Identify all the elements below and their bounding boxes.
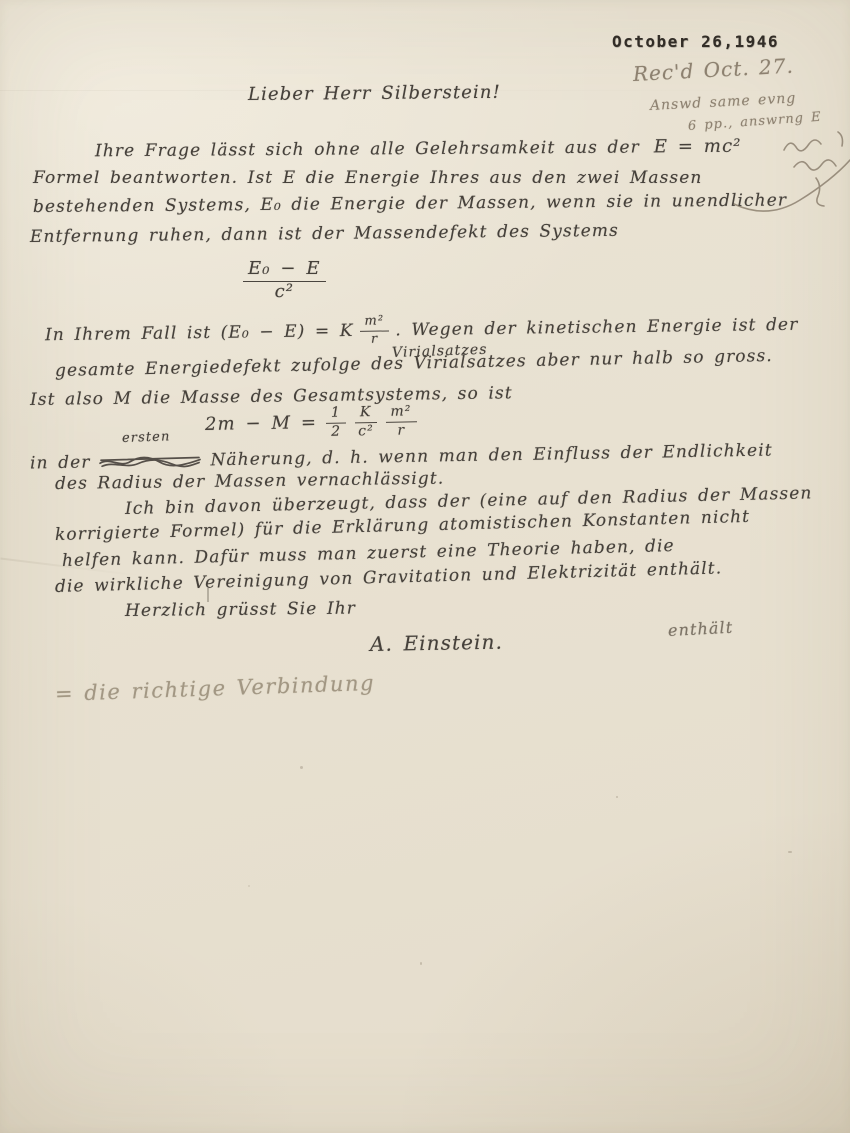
fold-crease <box>0 90 850 91</box>
rewritten-enthaelt: enthält <box>668 618 734 640</box>
paper-speck <box>300 766 303 769</box>
mass-formula-lhs: 2m − M = <box>205 412 317 435</box>
docket-received-note: Rec'd Oct. 27. <box>632 54 794 86</box>
body-line-8-text-b: Näherung, d. h. wenn man den Einfluss de… <box>210 441 773 471</box>
mass-defect-numerator: E₀ − E <box>243 260 326 282</box>
case-fraction: m² r <box>359 314 389 346</box>
mass-formula-frac-half: 1 2 <box>326 406 347 440</box>
pencil-scribble <box>698 112 850 232</box>
mass-defect-fraction: E₀ − E c² <box>243 260 326 302</box>
kc2-denominator: c² <box>358 423 374 439</box>
typed-date: October 26,1946 <box>612 32 779 51</box>
body-line-3: bestehenden Systems, E₀ die Energie der … <box>33 190 787 217</box>
m2r-numerator: m² <box>385 404 416 422</box>
body-line-5-text-b: . Wegen der kinetischen Energie ist der <box>395 314 798 340</box>
mass-formula-frac-kc2: K c² <box>355 405 377 439</box>
kc2-numerator: K <box>355 405 377 423</box>
case-fraction-denominator: r <box>371 331 379 346</box>
paper-speck <box>420 962 422 965</box>
insert-ersten: ersten <box>122 429 171 446</box>
struck-word-scribble <box>98 452 202 470</box>
body-line-1-text: Ihre Frage lässt sich ohne alle Gelehrsa… <box>95 137 640 161</box>
body-line-4: Entfernung ruhen, dann ist der Massendef… <box>30 221 619 247</box>
body-line-1: Ihre Frage lässt sich ohne alle Gelehrsa… <box>95 136 742 162</box>
letter-scan: October 26,1946 Rec'd Oct. 27. Answd sam… <box>0 0 850 1133</box>
greeting-line: Lieber Herr Silberstein! <box>248 82 501 105</box>
m2r-denominator: r <box>397 422 405 438</box>
bottom-pencil-note: = die richtige Verbindung <box>55 671 376 706</box>
mass-defect-denominator: c² <box>275 282 295 302</box>
body-line-2: Formel beantworten. Ist E die Energie Ih… <box>33 168 702 188</box>
mass-formula: 2m − M = 1 2 K c² m² r <box>205 404 417 441</box>
paper-speck <box>248 885 250 887</box>
paper-speck <box>788 851 792 853</box>
body-line-5-text-a: In Ihrem Fall ist (E₀ − E) = K <box>45 321 354 345</box>
case-fraction-numerator: m² <box>359 314 389 331</box>
paper-speck <box>616 796 618 798</box>
closing-line: Herzlich grüsst Sie Ihr <box>125 599 356 621</box>
signature: A. Einstein. <box>370 630 503 656</box>
docket-answered-note: Answd same evng <box>650 90 797 114</box>
stray-pencil-mark <box>207 588 209 602</box>
emc2-formula: E = mc² <box>654 136 742 158</box>
half-denominator: 2 <box>331 423 341 439</box>
body-line-9: des Radius der Massen vernachlässigt. <box>55 469 445 494</box>
body-line-8-text-a: in der <box>30 452 91 473</box>
mass-formula-frac-m2r: m² r <box>385 404 417 438</box>
half-numerator: 1 <box>326 406 346 424</box>
